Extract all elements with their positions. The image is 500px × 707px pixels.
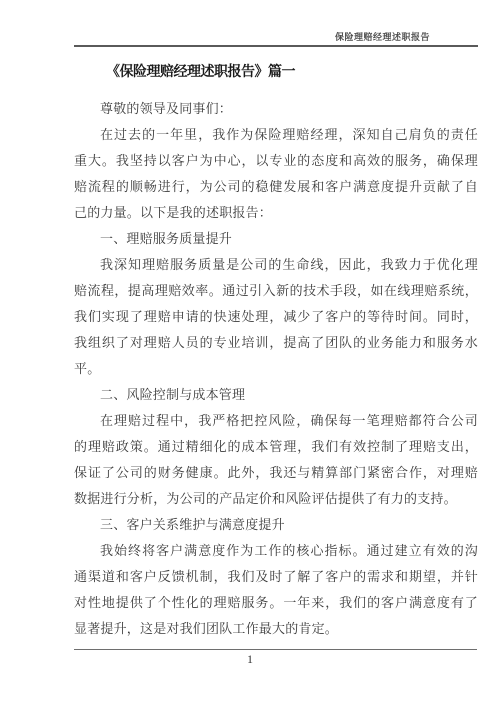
paragraph-line: 保证了公司的财务健康。此外，我还与精算部门紧密合作，对理赔 [74,460,478,486]
paragraph-line: 尊敬的领导及同事们： [74,96,478,122]
paragraph-line: 赔流程，提高理赔效率。通过引入新的技术手段，如在线理赔系统， [74,278,478,304]
paragraph-line: 显著提升，这是对我们团队工作最大的肯定。 [74,616,478,642]
document-page: 保险理赔经理述职报告 《保险理赔经理述职报告》篇一 尊敬的领导及同事们：在过去的… [0,0,500,707]
paragraph-line: 我始终将客户满意度作为工作的核心指标。通过建立有效的沟 [74,538,478,564]
footer-rule [74,649,477,650]
paragraph-line: 重大。我坚持以客户为中心，以专业的态度和高效的服务，确保理 [74,148,478,174]
section-heading: 三、客户关系维护与满意度提升 [74,512,478,538]
header-running-title: 保险理赔经理述职报告 [335,30,430,43]
paragraph-line: 通渠道和客户反馈机制，我们及时了解了客户的需求和期望，并针 [74,564,478,590]
paragraph-line: 数据进行分析，为公司的产品定价和风险评估提供了有力的支持。 [74,486,478,512]
section-heading: 一、理赔服务质量提升 [74,226,478,252]
document-body: 尊敬的领导及同事们：在过去的一年里，我作为保险理赔经理，深知自己肩负的责任重大。… [74,96,478,642]
paragraph-line: 赔流程的顺畅进行，为公司的稳健发展和客户满意度提升贡献了自 [74,174,478,200]
paragraph-line: 我深知理赔服务质量是公司的生命线，因此，我致力于优化理 [74,252,478,278]
header-rule [74,45,478,47]
paragraph-line: 己的力量。以下是我的述职报告： [74,200,478,226]
section-heading: 二、风险控制与成本管理 [74,382,478,408]
paragraph-line: 在过去的一年里，我作为保险理赔经理，深知自己肩负的责任 [74,122,478,148]
paragraph-line: 我们实现了理赔申请的快速处理，减少了客户的等待时间。同时， [74,304,478,330]
paragraph-line: 我组织了对理赔人员的专业培训，提高了团队的业务能力和服务水 [74,330,478,356]
paragraph-line: 平。 [74,356,478,382]
page-number: 1 [0,652,500,667]
paragraph-line: 对性地提供了个性化的理赔服务。一年来，我们的客户满意度有了 [74,590,478,616]
document-title: 《保险理赔经理述职报告》篇一 [106,61,295,81]
paragraph-line: 在理赔过程中，我严格把控风险，确保每一笔理赔都符合公司 [74,408,478,434]
paragraph-line: 的理赔政策。通过精细化的成本管理，我们有效控制了理赔支出， [74,434,478,460]
